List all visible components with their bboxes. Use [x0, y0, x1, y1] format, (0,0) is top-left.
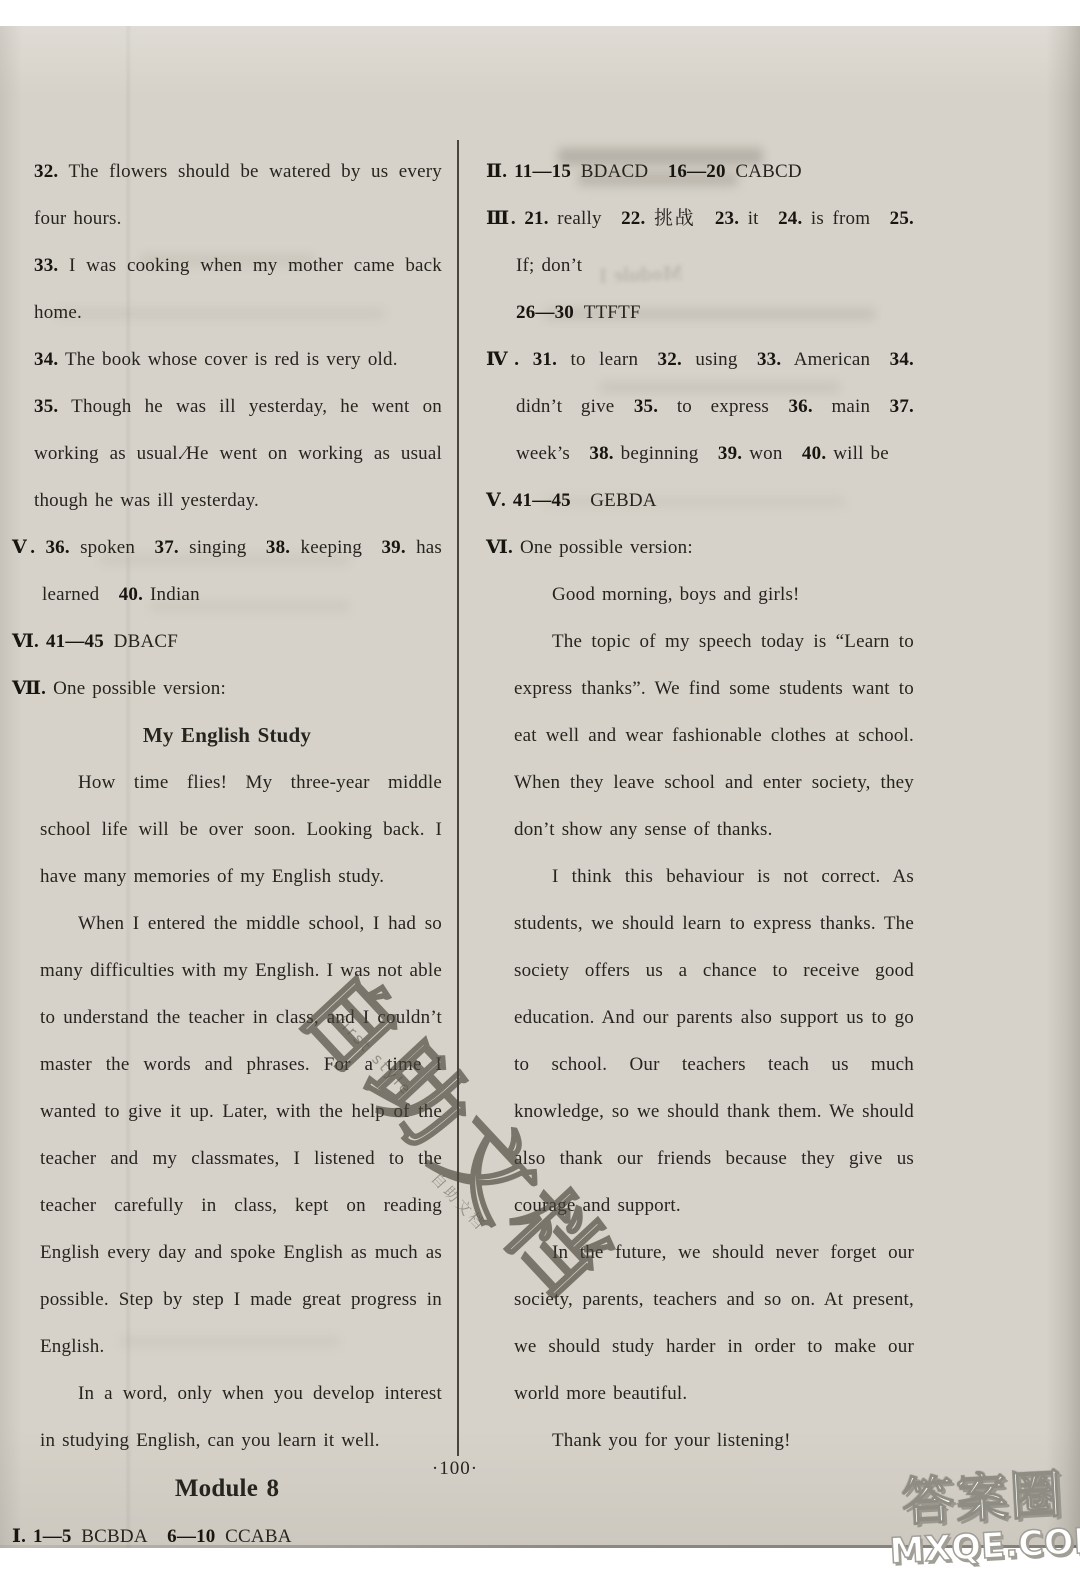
answer-line: 33. I was cooking when my mother came ba…: [34, 242, 442, 336]
answer-line: 32. The flowers should be watered by us …: [34, 148, 442, 242]
essay-paragraph: Thank you for your listening!: [514, 1417, 914, 1464]
site-logo-chinese: 答案圈: [886, 1467, 1080, 1532]
scanned-answer-page: Module 1 32. The flowers should be water…: [0, 0, 1080, 1578]
section-answer-line: Ⅶ. One possible version:: [12, 665, 442, 712]
site-logo: 答案圈 MXQE.COM: [886, 1467, 1080, 1570]
section-answer-line: Ⅴ. 41—45 GEBDA: [486, 477, 914, 524]
section-answer-line: Ⅳ. 31. to learn 32. using 33. American 3…: [486, 336, 914, 477]
section-answer-line: Ⅱ. 11—15 BDACD 16—20 CABCD: [486, 148, 914, 195]
essay-paragraph: I think this behaviour is not correct. A…: [514, 853, 914, 1229]
answer-subline: 26—30 TTFTF: [516, 289, 914, 336]
essay-paragraph: How time flies! My three-year middle sch…: [40, 759, 442, 900]
section-answer-line: Ⅰ. 1—5 BCBDA 6—10 CCABA: [12, 1513, 442, 1548]
section-answer-line: Ⅵ. One possible version:: [486, 524, 914, 571]
section-answer-line: Ⅴ. 36. spoken 37. singing 38. keeping 39…: [12, 524, 442, 618]
answer-line: 34. The book whose cover is red is very …: [34, 336, 442, 383]
essay-title: My English Study: [12, 712, 442, 759]
essay-paragraph: In a word, only when you develop interes…: [40, 1370, 442, 1464]
section-answer-line: Ⅲ. 21. really 22. 挑战 23. it 24. is from …: [486, 195, 914, 289]
section-answer-line: Ⅵ. 41—45 DBACF: [12, 618, 442, 665]
column-divider-rule: [457, 140, 459, 1456]
page-number: ·100·: [355, 1458, 555, 1480]
essay-paragraph: The topic of my speech today is “Learn t…: [514, 618, 914, 853]
left-column: 32. The flowers should be watered by us …: [12, 148, 442, 1548]
site-logo-url: MXQE.COM: [889, 1524, 1080, 1571]
paper-sheet: Module 1 32. The flowers should be water…: [0, 26, 1080, 1548]
answer-line: 35. Though he was ill yesterday, he went…: [34, 383, 442, 524]
essay-paragraph: Good morning, boys and girls!: [514, 571, 914, 618]
